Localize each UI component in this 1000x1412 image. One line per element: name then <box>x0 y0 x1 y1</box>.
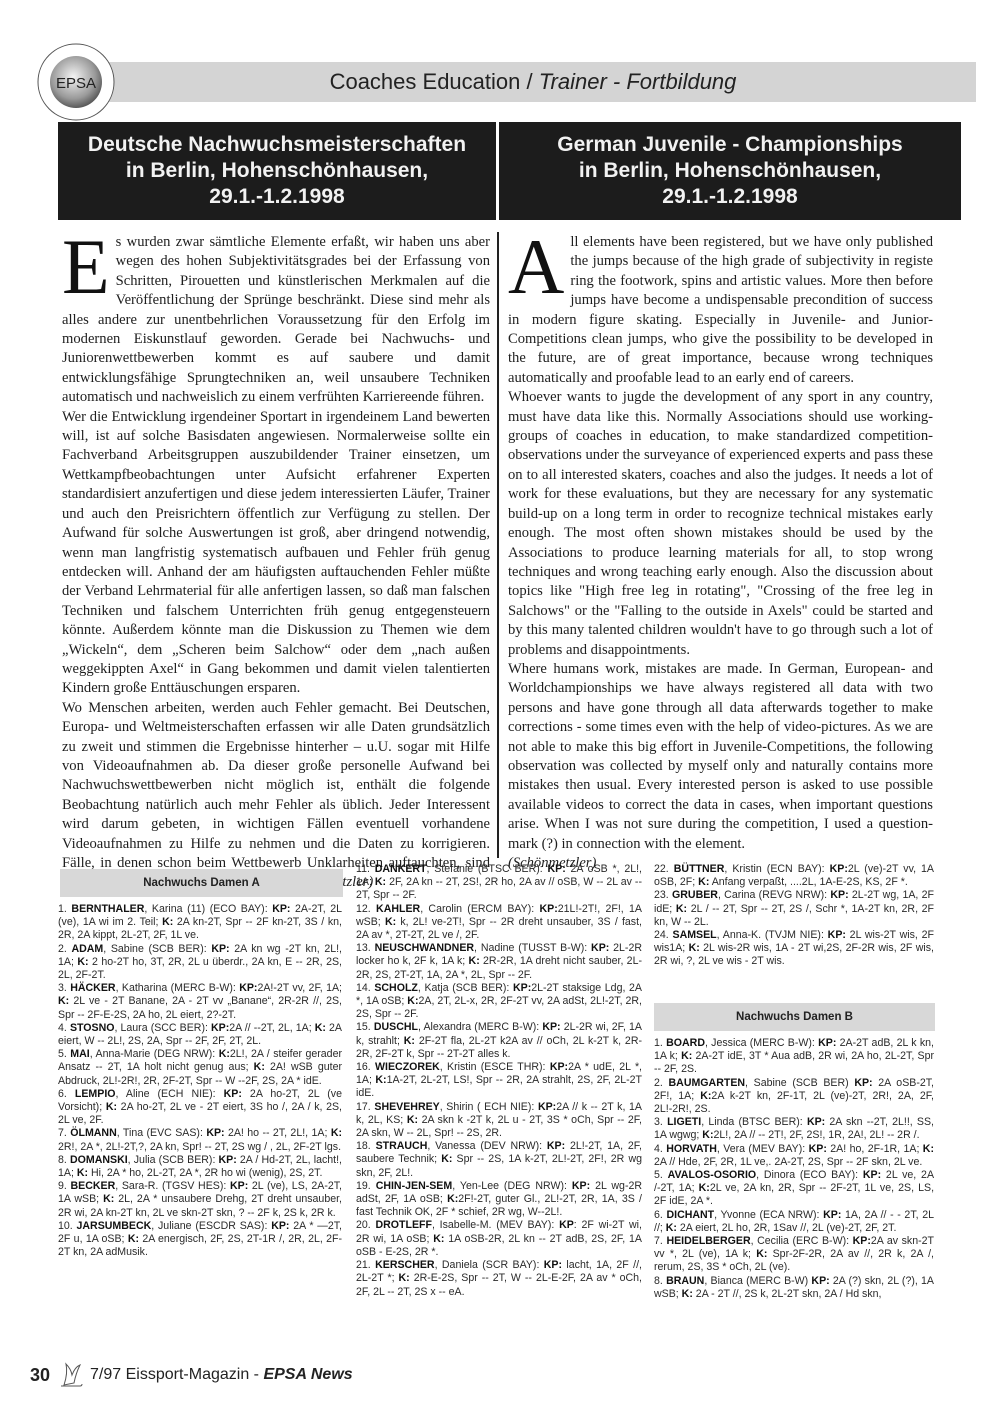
skater-name: DROTLEFF <box>375 1219 432 1231</box>
skater-club: , Sabine (SCB BER) <box>745 1077 854 1089</box>
short-program-label: KP: <box>591 942 609 954</box>
skater-club: , Sabine (SCB BER): <box>103 943 211 955</box>
free-skate-jumps: Hi, 2A * ho, 2L-2T, 2A *, 2R ho wi (weni… <box>88 1167 322 1179</box>
skater-club: , Aline (ECH NIE): <box>116 1088 224 1100</box>
skater-club: , Kristin (ESCE THR): <box>440 1061 550 1073</box>
page-number: 30 <box>30 1365 50 1386</box>
result-entry: 6. LEMPIO, Aline (ECH NIE): KP: 2A ho-2T… <box>58 1088 342 1128</box>
skater-club: , Laura (SCC BER): <box>114 1022 211 1034</box>
free-skate-label: K: <box>689 942 700 954</box>
short-program-label: KP: <box>513 982 531 994</box>
skater-club: , Yen-Lee (DEG NRW): <box>452 1180 572 1192</box>
entry-rank: 4. <box>654 1143 663 1155</box>
entry-rank: 16. <box>356 1061 371 1073</box>
short-program-label: KP: <box>206 1127 224 1139</box>
entry-rank: 12. <box>356 903 371 915</box>
headline-en: German Juvenile - Championships in Berli… <box>499 122 961 220</box>
skater-name: BOARD <box>666 1037 705 1049</box>
entry-rank: 10. <box>58 1220 73 1232</box>
free-skate-jumps: 2R!, 2A *, 2L!-2T,?, 2A kn, Spr! -- 2T, … <box>58 1141 341 1153</box>
page-footer: 30 7/97 Eissport-Magazin - EPSA News <box>30 1360 353 1390</box>
free-skate-label: K: <box>404 1035 415 1047</box>
result-entry: 18. STRAUCH, Vanessa (DEV NRW): KP: 2L!-… <box>356 1140 642 1180</box>
result-entry: 13. NEUSCHWANDNER, Nadine (TUSST B-W): K… <box>356 942 642 982</box>
result-entry: 1. BERNTHALER, Karina (11) (ECO BAY): KP… <box>58 903 342 943</box>
skater-club: , Carina (REVG NRW): <box>718 889 830 901</box>
short-program-label: KP: <box>219 1154 237 1166</box>
result-entry: 4. STOSNO, Laura (SCC BER): KP:2A // --2… <box>58 1022 342 1048</box>
short-program-label: KP: <box>272 903 290 915</box>
free-skate-label: K: <box>666 1222 677 1234</box>
entry-rank: 6. <box>58 1088 67 1100</box>
free-skate-label: K: <box>385 916 396 928</box>
entry-rank: 20. <box>356 1219 371 1231</box>
result-entry: 23. GRUBER, Carina (REVG NRW): KP: 2L-2T… <box>654 889 934 929</box>
short-program-label: KP: <box>807 1116 825 1128</box>
entry-rank: 24. <box>654 929 669 941</box>
skater-name: BÜTTNER <box>674 863 725 875</box>
skater-name: SAMSEL <box>673 929 717 941</box>
result-entry: 8. DOMANSKI, Julia (SCB BER): KP: 2A / H… <box>58 1154 342 1180</box>
short-program-label: KP: <box>542 1021 560 1033</box>
short-program-label: KP: <box>853 1235 871 1247</box>
short-program-label: KP: <box>818 1037 836 1049</box>
skater-club: , Stefanie (BTSC BER): <box>427 863 548 875</box>
short-program-label: KP: <box>211 1022 229 1034</box>
skater-club: , Vanessa (DEV NRW): <box>427 1140 547 1152</box>
short-program-label: KP: <box>239 982 257 994</box>
short-program-label: KP: <box>271 1220 289 1232</box>
skater-name: HEIDELBERGER <box>666 1235 750 1247</box>
short-program-jumps: 2A!-2T vv, 2F, 1A; <box>257 982 342 994</box>
skater-name: AVALOS-OSORIO <box>668 1169 756 1181</box>
short-program-jumps: 2A! ho -- 2T, 2L!, 1A; <box>225 1127 331 1139</box>
paragraph: Where humans work, mistakes are made. In… <box>508 660 933 854</box>
entry-rank: 8. <box>58 1154 67 1166</box>
result-entry: 3. LIGETI, Linda (BTSC BER): KP: 2A skn … <box>654 1116 934 1142</box>
section-header-damen-a: Nachwuchs Damen A <box>60 869 343 897</box>
result-entry: 5. MAI, Anna-Marie (DEG NRW): K:2L!, 2A … <box>58 1048 342 1088</box>
skater-club: , Cecilia (ERC B-W): <box>751 1235 853 1247</box>
free-skate-label: K: <box>407 995 418 1007</box>
paragraph: ll elements have been registered, but we… <box>508 233 933 388</box>
free-skate-jumps: 2 ho-2T ho, 3T, 2R, 2L u überdr., 2A kn,… <box>58 956 342 981</box>
free-skate-label: K: <box>77 1167 88 1179</box>
skater-name: GRUBER <box>672 889 718 901</box>
skater-name: ÖLMANN <box>70 1127 117 1139</box>
short-program-label: KP: <box>547 1140 565 1152</box>
skater-name: BECKER <box>71 1180 116 1192</box>
skater-name: BAUMGARTEN <box>669 1077 746 1089</box>
entry-rank: 3. <box>58 982 67 994</box>
entry-rank: 19. <box>356 1180 371 1192</box>
skater-name: CHIN-JEN-SEM <box>376 1180 453 1192</box>
results-column-1: 1. BERNTHALER, Karina (11) (ECO BAY): KP… <box>58 903 342 1259</box>
skater-name: SCHOLZ <box>374 982 418 994</box>
entry-rank: 4. <box>58 1022 67 1034</box>
column-divider <box>497 232 499 858</box>
result-entry: 1. BOARD, Jessica (MERC B-W): KP: 2A-2T … <box>654 1037 934 1077</box>
skater-club: , Sara-R. (TGSV HES): <box>115 1180 230 1192</box>
short-program-label: KP: <box>809 1143 827 1155</box>
dropcap: E <box>62 237 110 297</box>
result-entry: 15. DUSCHL, Alexandra (MERC B-W): KP: 2L… <box>356 1021 642 1061</box>
skater-club: , Katja (SCB BER): <box>418 982 513 994</box>
result-entry: 5. AVALOS-OSORIO, Dinora (ECO BAY): KP: … <box>654 1169 934 1209</box>
entry-rank: 7. <box>654 1235 663 1247</box>
short-program-label: KP <box>559 1219 574 1231</box>
entry-rank: 7. <box>58 1127 67 1139</box>
short-program-label: KP: <box>538 1101 556 1113</box>
short-program-label: KP: <box>224 1088 242 1100</box>
entry-rank: 2. <box>654 1077 663 1089</box>
skater-name: JARSUMBECK <box>77 1220 152 1232</box>
skater-club: , Yvonne (ECA NRW): <box>714 1209 823 1221</box>
skater-name: KAHLER <box>376 903 420 915</box>
magazine-credit: 7/97 Eissport-Magazin - EPSA News <box>90 1366 353 1384</box>
free-skate-jumps: 2L / -- 2T, Spr -- 2T, 2S /, Schr *, 1A-… <box>654 903 934 928</box>
skater-club: , Linda (BTSC BER): <box>701 1116 807 1128</box>
free-skate-label: K: <box>77 956 88 968</box>
skater-name: DICHANT <box>666 1209 714 1221</box>
skater-club: , Tina (EVC SAS): <box>117 1127 207 1139</box>
entry-rank: 1. <box>654 1037 663 1049</box>
entry-rank: 22. <box>654 863 669 875</box>
skater-club: , Nadine (TUSST B-W): <box>474 942 591 954</box>
short-program-label: K: <box>219 1048 230 1060</box>
free-skate-label: K: <box>162 916 173 928</box>
headline-de-line-2: in Berlin, Hohenschönhausen, <box>58 158 496 184</box>
short-program-label: KP: <box>540 903 558 915</box>
results-column-3b: 1. BOARD, Jessica (MERC B-W): KP: 2A-2T … <box>654 1037 934 1301</box>
skater-name: DANKERT <box>375 863 427 875</box>
short-program-label: KP: <box>211 943 229 955</box>
free-skate-label: K: <box>254 1061 265 1073</box>
result-entry: 19. CHIN-JEN-SEM, Yen-Lee (DEG NRW): KP:… <box>356 1180 642 1220</box>
short-program-label: KP: <box>550 1061 568 1073</box>
entry-rank: 15. <box>356 1021 371 1033</box>
brand-label: EPSA News <box>263 1366 352 1383</box>
skater-club: , Anna-Marie (DEG NRW): <box>90 1048 219 1060</box>
free-skate-label: K: <box>315 1022 326 1034</box>
headline-en-line-2: in Berlin, Hohenschönhausen, <box>499 158 961 184</box>
entry-rank: 21. <box>356 1259 371 1271</box>
free-skate-jumps: 2A // Hde, 2F, 2R, 1L ve,. 2A-2T, 2S, Sp… <box>654 1156 922 1168</box>
result-entry: 6. DICHANT, Yvonne (ECA NRW): KP: 1A, 2A… <box>654 1209 934 1235</box>
result-entry: 3. HÄCKER, Katharina (MERC B-W): KP:2A!-… <box>58 982 342 1022</box>
free-skate-label: K: <box>441 1153 452 1165</box>
free-skate-label: K: <box>103 1193 114 1205</box>
article-english: A ll elements have been registered, but … <box>508 233 933 873</box>
entry-rank: 17. <box>356 1101 371 1113</box>
skater-name: LEMPIO <box>75 1088 116 1100</box>
skater-club: , Alexandra (MERC B-W): <box>418 1021 542 1033</box>
skater-name: MAI <box>70 1048 89 1060</box>
skater-name: STOSNO <box>70 1022 115 1034</box>
short-program-label: KP: <box>548 863 566 875</box>
free-skate-label: K: <box>469 955 480 967</box>
skater-club: , Isabelle-M. (MEV BAY): <box>432 1219 559 1231</box>
headline-en-line-1: German Juvenile - Championships <box>499 132 961 158</box>
skater-name: LIGETI <box>667 1116 701 1128</box>
issue-label: 7/97 Eissport-Magazin - <box>90 1366 263 1383</box>
paragraph: Wo Menschen arbeiten, werden auch Fehler… <box>62 700 490 891</box>
free-skate-label: K: <box>128 1233 139 1245</box>
skater-club: , Bianca (MERC B-W) <box>704 1275 811 1287</box>
result-entry: 7. ÖLMANN, Tina (EVC SAS): KP: 2A! ho --… <box>58 1127 342 1153</box>
short-program-label: KP: <box>830 863 848 875</box>
skater-logo-icon <box>58 1361 84 1389</box>
results-column-2: 11. DANKERT, Stefanie (BTSC BER): KP: 2A… <box>356 863 642 1299</box>
free-skate-jumps: 2A - 2T //, 2S k, 2L-2T skn, 2A / Hd skn… <box>693 1288 882 1300</box>
headline-de: Deutsche Nachwuchsmeisterschaften in Ber… <box>58 122 496 220</box>
result-entry: 9. BECKER, Sara-R. (TGSV HES): KP: 2L (v… <box>58 1180 342 1220</box>
skater-name: DOMANSKI <box>70 1154 128 1166</box>
result-entry: 11. DANKERT, Stefanie (BTSC BER): KP: 2A… <box>356 863 642 903</box>
result-entry: 16. WIECZOREK, Kristin (ESCE THR): KP:2A… <box>356 1061 642 1101</box>
skater-club: , Kristin (ECN BAY): <box>724 863 829 875</box>
free-skate-label: K: <box>676 903 687 915</box>
entry-rank: 11. <box>356 863 370 875</box>
skater-club: , Juliane (ESCDR SAS): <box>151 1220 271 1232</box>
skater-name: HORVATH <box>666 1143 717 1155</box>
skater-club: , Jessica (MERC B-W): <box>705 1037 818 1049</box>
short-program-label: KP: <box>572 1180 590 1192</box>
free-skate-jumps: 2A eiert, 2L ho, 2R, 1Sav //, 2L (ve)-2T… <box>677 1222 896 1234</box>
entry-rank: 5. <box>58 1048 67 1060</box>
entry-rank: 18. <box>356 1140 371 1152</box>
entry-rank: 5. <box>654 1169 663 1181</box>
skater-club: , Julia (SCB BER): <box>128 1154 219 1166</box>
free-skate-label: K: <box>399 1272 410 1284</box>
free-skate-jumps: 1A-2T, 2L-2T, LS!, Spr -- 2R, 2A strahlt… <box>356 1074 642 1099</box>
skater-name: BRAUN <box>666 1275 704 1287</box>
headline-en-date: 29.1.-1.2.1998 <box>499 184 961 210</box>
skater-club: , Anna-K. (TVJM NIE): <box>717 929 828 941</box>
free-skate-label: K: <box>681 1050 692 1062</box>
entry-rank: 13. <box>356 942 371 954</box>
skater-name: SHEVEHREY <box>374 1101 439 1113</box>
paragraph: s wurden zwar sämtliche Elemente erfaßt,… <box>62 233 490 408</box>
result-entry: 8. BRAUN, Bianca (MERC B-W) KP: 2A (?) s… <box>654 1275 934 1301</box>
svg-text:EPSA: EPSA <box>56 75 96 92</box>
free-skate-label: K: <box>699 1182 710 1194</box>
short-program-label: KP: <box>230 1180 248 1192</box>
result-entry: 20. DROTLEFF, Isabelle-M. (MEV BAY): KP:… <box>356 1219 642 1259</box>
free-skate-jumps: k, 2L! ve-2T!, Spr -- 2R dreht unsauber,… <box>356 916 642 941</box>
skater-name: KERSCHER <box>375 1259 434 1271</box>
entry-rank: 14. <box>356 982 371 994</box>
result-entry: 24. SAMSEL, Anna-K. (TVJM NIE): KP: 2L w… <box>654 929 934 969</box>
skater-name: NEUSCHWANDNER <box>375 942 474 954</box>
entry-rank: 8. <box>654 1275 663 1287</box>
free-skate-label: K: <box>433 1233 444 1245</box>
free-skate-label: K: <box>58 995 69 1007</box>
result-entry: 21. KERSCHER, Daniela (SCR BAY): KP: lac… <box>356 1259 642 1299</box>
free-skate-label: K: <box>407 1114 418 1126</box>
section-title-de: Trainer - Fortbildung <box>539 69 737 94</box>
entry-rank: 1. <box>58 903 67 915</box>
free-skate-label: K: <box>375 876 386 888</box>
free-skate-label: K: <box>682 1288 693 1300</box>
skater-club: , Karina (11) (ECO BAY): <box>144 903 272 915</box>
short-program-label: KP: <box>811 1275 829 1287</box>
result-entry: 12. KAHLER, Carolin (ERCM BAY): KP:21L!-… <box>356 903 642 943</box>
skater-name: WIECZOREK <box>375 1061 440 1073</box>
section-header-damen-b: Nachwuchs Damen B <box>654 1003 935 1031</box>
free-skate-label: K: <box>447 1193 458 1205</box>
result-entry: 14. SCHOLZ, Katja (SCB BER): KP:2L-2T st… <box>356 982 642 1022</box>
result-entry: 22. BÜTTNER, Kristin (ECN BAY): KP:2L (v… <box>654 863 934 889</box>
skater-club: , Shirin ( ECH NIE): <box>440 1101 538 1113</box>
result-entry: 4. HORVATH, Vera (MEV BAY): KP: 2A! ho, … <box>654 1143 934 1169</box>
section-title: Coaches Education / Trainer - Fortbildun… <box>60 62 976 102</box>
free-skate-jumps: Anfang verpaßt, ....2L, 1A-E-2S, KS, 2F … <box>709 876 907 888</box>
result-entry: 17. SHEVEHREY, Shirin ( ECH NIE): KP:2A … <box>356 1101 642 1141</box>
entry-rank: 6. <box>654 1209 663 1221</box>
short-program-label: KP: <box>544 1259 562 1271</box>
paragraph: Wer die Entwicklung irgendeiner Sportart… <box>62 408 490 699</box>
free-skate-label: K: <box>698 876 709 888</box>
free-skate-label: K: <box>106 1101 117 1113</box>
skater-club: , Dinora (ECO BAY): <box>756 1169 863 1181</box>
result-entry: 10. JARSUMBECK, Juliane (ESCDR SAS): KP:… <box>58 1220 342 1260</box>
free-skate-label: K: <box>702 1129 713 1141</box>
skater-club: , Daniela (SCR BAY): <box>435 1259 544 1271</box>
short-program-label: KP: <box>823 1209 841 1221</box>
free-skate-label: K: <box>923 1143 934 1155</box>
entry-rank: 23. <box>654 889 669 901</box>
result-entry: 2. ADAM, Sabine (SCB BER): KP: 2A kn wg … <box>58 943 342 983</box>
entry-rank: 3. <box>654 1116 663 1128</box>
dropcap: A <box>508 237 564 297</box>
result-entry: 7. HEIDELBERGER, Cecilia (ERC B-W): KP:2… <box>654 1235 934 1275</box>
short-program-label: KP: <box>863 1169 881 1181</box>
free-skate-jumps: 2A-2T idE, 3T * Aua adB, 2R wi, 2A ho, 2… <box>654 1050 934 1075</box>
short-program-jumps: 2A! ho, 2F-1R, 1A; <box>827 1143 923 1155</box>
short-program-label: KP: <box>828 929 846 941</box>
skater-club: , Vera (MEV BAY): <box>717 1143 809 1155</box>
free-skate-label: K: <box>331 1127 342 1139</box>
section-title-en: Coaches Education / <box>330 69 533 94</box>
free-skate-jumps: 2L!, 2A // -- 2T!, 2F, 2S!, 1R, 2A!, 2L!… <box>713 1129 919 1141</box>
epsa-logo-icon: EPSA <box>28 42 124 122</box>
results-column-3: 22. BÜTTNER, Kristin (ECN BAY): KP:2L (v… <box>654 863 934 969</box>
paragraph: Whoever wants to jugde the development o… <box>508 388 933 660</box>
free-skate-label: K: <box>756 1248 767 1260</box>
headline-de-line-1: Deutsche Nachwuchsmeisterschaften <box>58 132 496 158</box>
entry-rank: 2. <box>58 943 67 955</box>
entry-rank: 9. <box>58 1180 67 1192</box>
free-skate-jumps: 2F, 2A kn -- 2T, 2S!, 2R ho, 2A av // oS… <box>356 876 642 901</box>
skater-name: HÄCKER <box>70 982 115 994</box>
free-skate-label: K: <box>700 1090 711 1102</box>
free-skate-label: K: <box>375 1074 386 1086</box>
short-program-jumps: 2A // --2T, 2L, 1A; <box>229 1022 315 1034</box>
free-skate-jumps: 2L ve - 2T Banane, 2A - 2T vv „Banane“, … <box>58 995 342 1020</box>
skater-name: DUSCHL <box>374 1021 418 1033</box>
article-german: E s wurden zwar sämtliche Elemente erfaß… <box>62 233 490 893</box>
result-entry: 2. BAUMGARTEN, Sabine (SCB BER) KP: 2A o… <box>654 1077 934 1117</box>
short-program-label: KP: <box>830 889 848 901</box>
skater-name: STRAUCH <box>376 1140 428 1152</box>
skater-name: BERNTHALER <box>71 903 144 915</box>
skater-name: ADAM <box>71 943 103 955</box>
skater-club: , Carolin (ERCM BAY): <box>420 903 539 915</box>
short-program-label: KP: <box>854 1077 872 1089</box>
skater-club: , Katharina (MERC B-W): <box>116 982 240 994</box>
headline-de-date: 29.1.-1.2.1998 <box>58 184 496 210</box>
